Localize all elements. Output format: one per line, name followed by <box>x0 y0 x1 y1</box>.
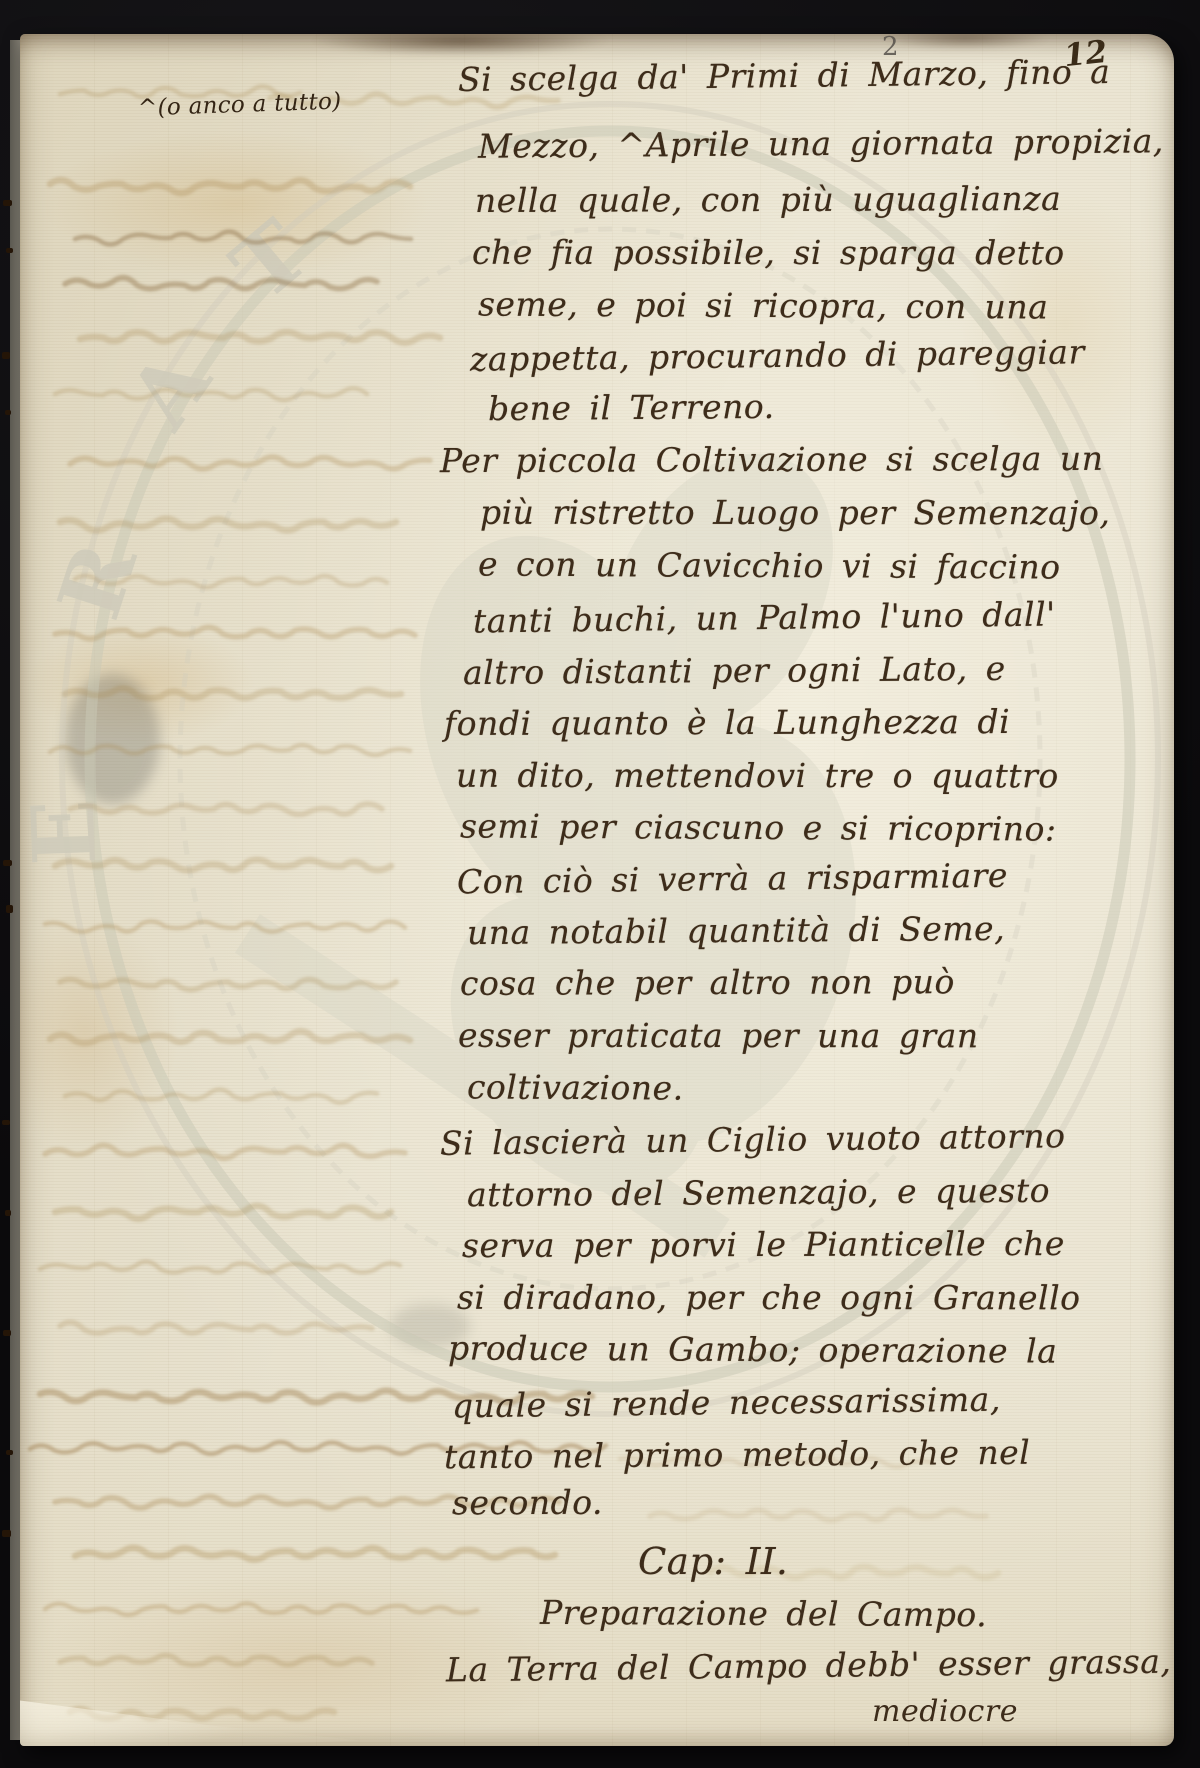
manuscript-line: secondo. <box>452 1483 603 1523</box>
manuscript-line: più ristretto Luogo per Semenzajo, <box>480 493 1110 533</box>
manuscript-line: Con ciò si verrà a risparmiare <box>457 856 1008 902</box>
ink-speck <box>3 200 12 206</box>
ink-speck <box>2 352 10 359</box>
manuscript-line: tanto nel primo metodo, che nel <box>444 1433 1031 1477</box>
manuscript-line: che fia possibile, si sparga detto <box>472 233 1065 273</box>
manuscript-line: serva per porvi le Pianticelle che <box>462 1224 1065 1265</box>
stain <box>26 624 256 744</box>
stain <box>20 914 180 1154</box>
manuscript-line: zappetta, procurando di pareggiar <box>470 332 1085 379</box>
ink-speck <box>2 1530 11 1537</box>
ink-speck <box>5 1210 11 1216</box>
catchword: mediocre <box>872 1694 1018 1729</box>
ink-speck <box>2 1120 10 1125</box>
manuscript-line: un dito, mettendovi tre o quattro <box>456 756 1059 796</box>
manuscript-page: T A R E Si scelga da' Primi di Marzo, fi… <box>20 34 1174 1746</box>
ink-speck <box>3 1330 11 1336</box>
folio-number-ink: 12 <box>1062 34 1109 74</box>
manuscript-line: Si scelga da' Primi di Marzo, fino a <box>458 52 1111 99</box>
manuscript-line: cosa che per altro non può <box>460 962 955 1003</box>
top-edge-smear <box>880 34 1050 50</box>
manuscript-line: quale si rende necessarissima, <box>452 1380 1001 1426</box>
manuscript-line: seme, e poi si ricopra, con una <box>478 285 1049 327</box>
manuscript-line: bene il Terreno. <box>488 387 775 428</box>
page-fold-crease <box>20 1676 360 1746</box>
svg-text:A: A <box>109 332 231 446</box>
manuscript-line: semi per ciascuno e si ricoprino: <box>460 806 1057 848</box>
manuscript-line: nella quale, con più uguaglianza <box>475 179 1061 220</box>
ink-speck <box>6 248 13 253</box>
folio-number-printed: 2 <box>882 34 899 62</box>
manuscript-line: tanti buchi, un Palmo l'uno dall' <box>473 594 1056 640</box>
manuscript-line: una notabil quantità di Seme, <box>467 909 1005 952</box>
manuscript-line: esser praticata per una gran <box>458 1016 979 1055</box>
svg-text:E: E <box>20 798 116 867</box>
stamp-letters: T A R E <box>20 202 328 867</box>
manuscript-line: e con un Cavicchio vi si faccino <box>478 544 1061 586</box>
manuscript-line: Per piccola Coltivazione si scelga un <box>440 439 1104 480</box>
manuscript-line: Mezzo, ^Aprile una giornata propizia, <box>478 121 1164 165</box>
margin-note: ^(o anco a tutto) <box>138 88 342 121</box>
manuscript-line: fondi quanto è la Lunghezza di <box>444 702 1010 743</box>
scan-background: T A R E Si scelga da' Primi di Marzo, fi… <box>0 0 1200 1768</box>
manuscript-line: La Terra del Campo debb' esser grassa, <box>446 1642 1172 1690</box>
manuscript-line: Preparazione del Campo. <box>540 1593 987 1634</box>
smudge <box>65 674 160 804</box>
manuscript-line: altro distanti per ogni Lato, e <box>463 649 1006 692</box>
manuscript-line: produce un Gambo; operazione la <box>448 1328 1058 1370</box>
manuscript-line: Cap: II. <box>638 1540 788 1583</box>
ink-speck <box>6 905 13 913</box>
manuscript-line: Si lascierà un Ciglio vuoto attorno <box>440 1116 1066 1163</box>
svg-text:R: R <box>39 531 157 631</box>
top-edge-smear <box>310 34 610 56</box>
ink-speck <box>3 860 12 866</box>
svg-text:T: T <box>214 202 328 321</box>
manuscript-line: attorno del Semenzajo, e questo <box>467 1171 1050 1215</box>
manuscript-line: coltivazione. <box>467 1067 684 1107</box>
stain <box>40 129 430 279</box>
ink-speck <box>6 1450 13 1455</box>
ink-speck <box>5 410 11 415</box>
manuscript-line: si diradano, per che ogni Granello <box>457 1278 1081 1318</box>
